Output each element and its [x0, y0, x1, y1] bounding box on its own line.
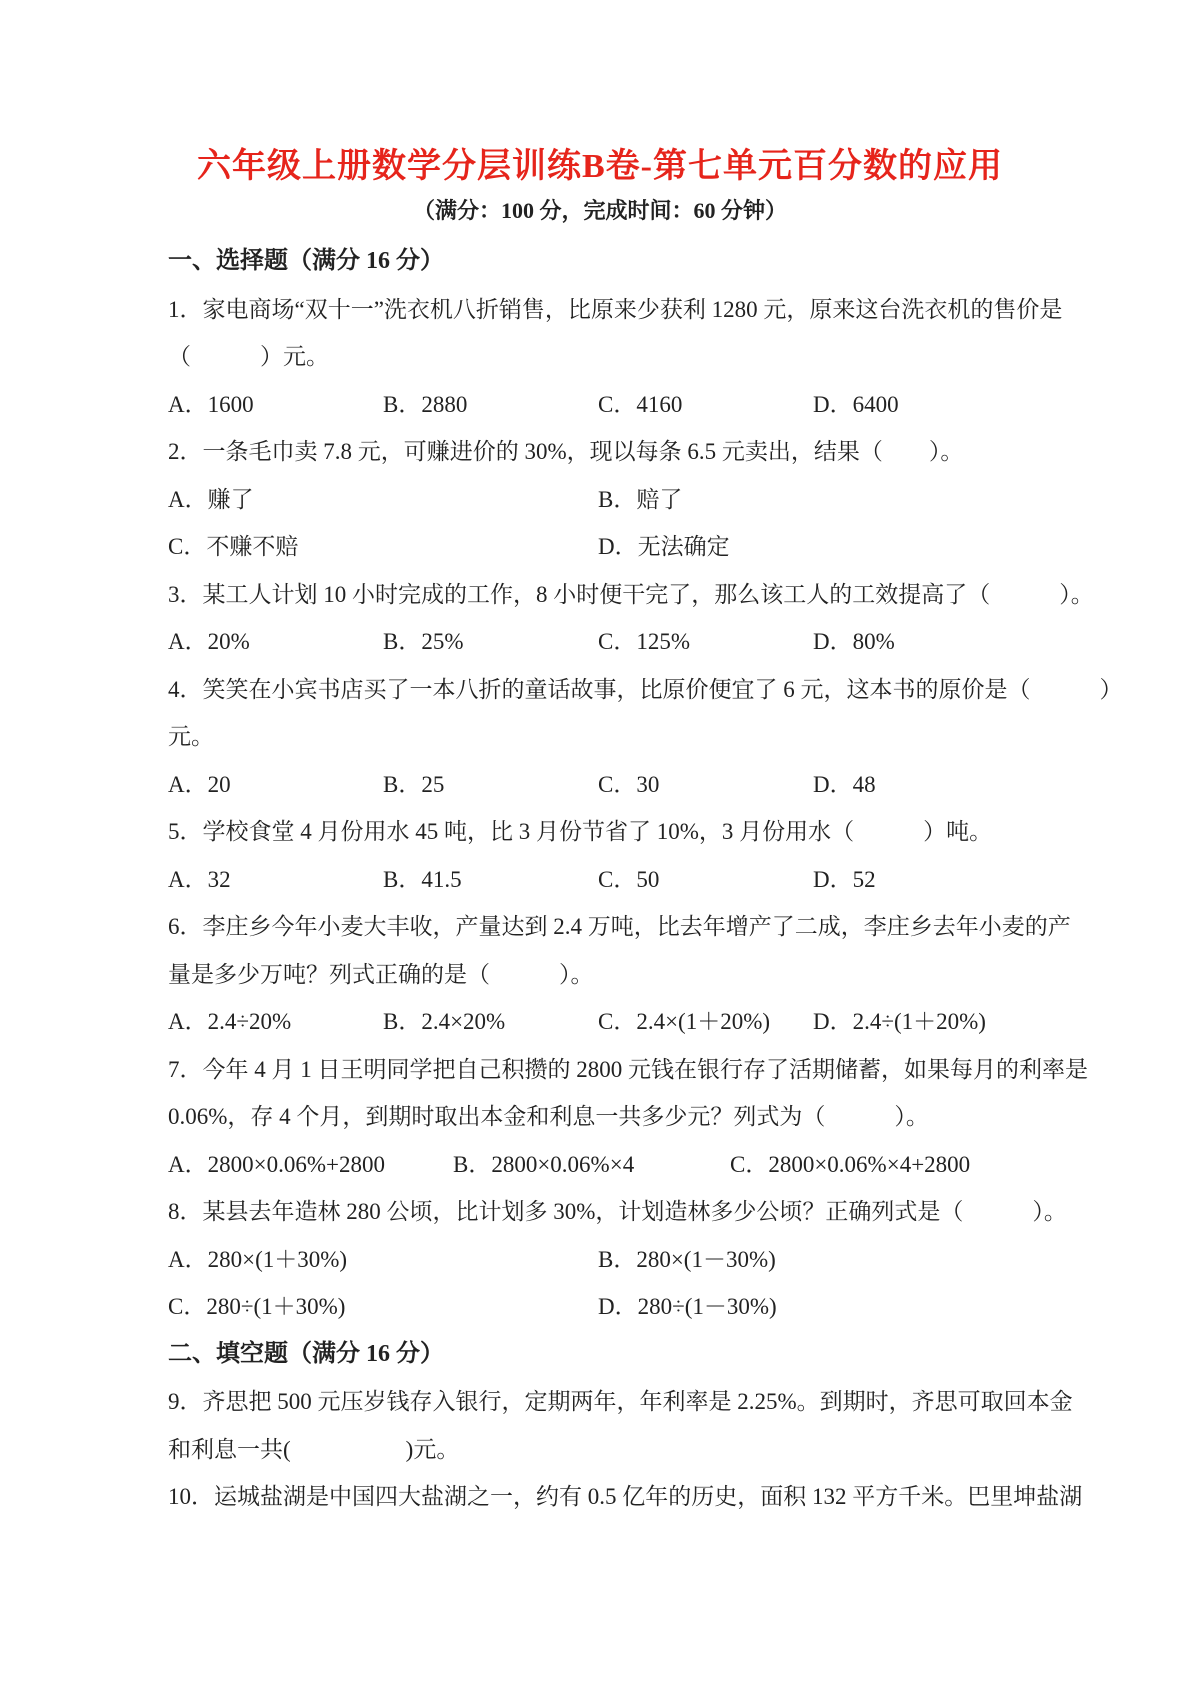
- page-title: 六年级上册数学分层训练B卷-第七单元百分数的应用: [160, 138, 1040, 187]
- question-8-option-b: B．280×(1－30%): [598, 1236, 776, 1284]
- section-2-heading: 二、填空题（满分 16 分）: [168, 1331, 1048, 1379]
- question-3-option-d: D．80%: [813, 618, 895, 666]
- question-7-options: A．2800×0.06%+2800 B．2800×0.06%×4 C．2800×…: [168, 1141, 1048, 1189]
- question-1-option-a: A．1600: [168, 381, 254, 429]
- question-1-option-c: C．4160: [598, 381, 682, 429]
- question-6-option-c: C．2.4×(1＋20%): [598, 998, 770, 1046]
- question-2-option-a: A．赚了: [168, 476, 254, 524]
- question-3-text: 3．某工人计划 10 小时完成的工作，8 小时便干完了，那么该工人的工效提高了（…: [168, 571, 1048, 619]
- question-8-option-a: A．280×(1＋30%): [168, 1236, 347, 1284]
- question-4-option-c: C．30: [598, 761, 659, 809]
- question-5-text: 5．学校食堂 4 月份用水 45 吨，比 3 月份节省了 10%，3 月份用水（…: [168, 808, 1048, 856]
- question-7-text-continued: 0.06%，存 4 个月，到期时取出本金和利息一共多少元？列式为（ ）。: [168, 1093, 1048, 1141]
- question-1-option-d: D．6400: [813, 381, 899, 429]
- question-2-text: 2．一条毛巾卖 7.8 元，可赚进价的 30%，现以每条 6.5 元卖出，结果（…: [168, 428, 1048, 476]
- question-10-text: 10．运城盐湖是中国四大盐湖之一，约有 0.5 亿年的历史，面积 132 平方千…: [168, 1473, 1048, 1521]
- question-4-option-b: B．25: [383, 761, 444, 809]
- worksheet-page: 六年级上册数学分层训练B卷-第七单元百分数的应用 （满分：100 分，完成时间：…: [0, 0, 1190, 1682]
- question-1-option-b: B．2880: [383, 381, 467, 429]
- question-2-option-c: C．不赚不赔: [168, 523, 298, 571]
- question-4-option-d: D．48: [813, 761, 876, 809]
- question-4-options: A．20 B．25 C．30 D．48: [168, 761, 1048, 809]
- section-1-heading: 一、选择题（满分 16 分）: [168, 238, 1048, 286]
- question-6-text: 6．李庄乡今年小麦大丰收，产量达到 2.4 万吨，比去年增产了二成，李庄乡去年小…: [168, 903, 1048, 951]
- question-1-text-continued: （ ）元。: [168, 333, 1048, 381]
- question-6-text-continued: 量是多少万吨？列式正确的是（ ）。: [168, 951, 1048, 999]
- question-5-options: A．32 B．41.5 C．50 D．52: [168, 856, 1048, 904]
- exam-info-line: （满分：100 分，完成时间：60 分钟）: [160, 194, 1040, 225]
- question-2-options-row-2: C．不赚不赔 D．无法确定: [168, 523, 1048, 571]
- question-7-text: 7．今年 4 月 1 日王明同学把自己积攒的 2800 元钱在银行存了活期储蓄，…: [168, 1046, 1048, 1094]
- question-5-option-a: A．32: [168, 856, 231, 904]
- question-6-option-a: A．2.4÷20%: [168, 998, 291, 1046]
- question-6-options: A．2.4÷20% B．2.4×20% C．2.4×(1＋20%) D．2.4÷…: [168, 998, 1048, 1046]
- question-5-option-c: C．50: [598, 856, 659, 904]
- question-2-option-b: B．赔了: [598, 476, 682, 524]
- question-8-options-row-2: C．280÷(1＋30%) D．280÷(1－30%): [168, 1283, 1048, 1331]
- question-8-options-row-1: A．280×(1＋30%) B．280×(1－30%): [168, 1236, 1048, 1284]
- question-7-option-c: C．2800×0.06%×4+2800: [730, 1141, 970, 1189]
- question-7-option-a: A．2800×0.06%+2800: [168, 1141, 385, 1189]
- question-9-text-continued: 和利息一共( )元。: [168, 1426, 1048, 1474]
- question-5-option-b: B．41.5: [383, 856, 462, 904]
- question-2-options-row-1: A．赚了 B．赔了: [168, 476, 1048, 524]
- question-6-option-b: B．2.4×20%: [383, 998, 505, 1046]
- question-2-option-d: D．无法确定: [598, 523, 730, 571]
- question-8-text: 8．某县去年造林 280 公顷，比计划多 30%，计划造林多少公顷？正确列式是（…: [168, 1188, 1048, 1236]
- question-7-option-b: B．2800×0.06%×4: [453, 1141, 634, 1189]
- question-1-text: 1．家电商场“双十一”洗衣机八折销售，比原来少获利 1280 元，原来这台洗衣机…: [168, 286, 1048, 334]
- question-3-options: A．20% B．25% C．125% D．80%: [168, 618, 1048, 666]
- question-5-option-d: D．52: [813, 856, 876, 904]
- question-4-text-continued: 元。: [168, 713, 1048, 761]
- question-6-option-d: D．2.4÷(1＋20%): [813, 998, 986, 1046]
- question-3-option-a: A．20%: [168, 618, 250, 666]
- question-3-option-b: B．25%: [383, 618, 464, 666]
- question-3-option-c: C．125%: [598, 618, 690, 666]
- question-4-option-a: A．20: [168, 761, 231, 809]
- question-4-text: 4．笑笑在小宾书店买了一本八折的童话故事，比原价便宜了 6 元，这本书的原价是（…: [168, 666, 1048, 714]
- question-8-option-c: C．280÷(1＋30%): [168, 1283, 345, 1331]
- question-9-text: 9．齐思把 500 元压岁钱存入银行，定期两年，年利率是 2.25%。到期时，齐…: [168, 1378, 1048, 1426]
- worksheet-body: 一、选择题（满分 16 分） 1．家电商场“双十一”洗衣机八折销售，比原来少获利…: [168, 238, 1048, 1521]
- question-1-options: A．1600 B．2880 C．4160 D．6400: [168, 381, 1048, 429]
- question-8-option-d: D．280÷(1－30%): [598, 1283, 777, 1331]
